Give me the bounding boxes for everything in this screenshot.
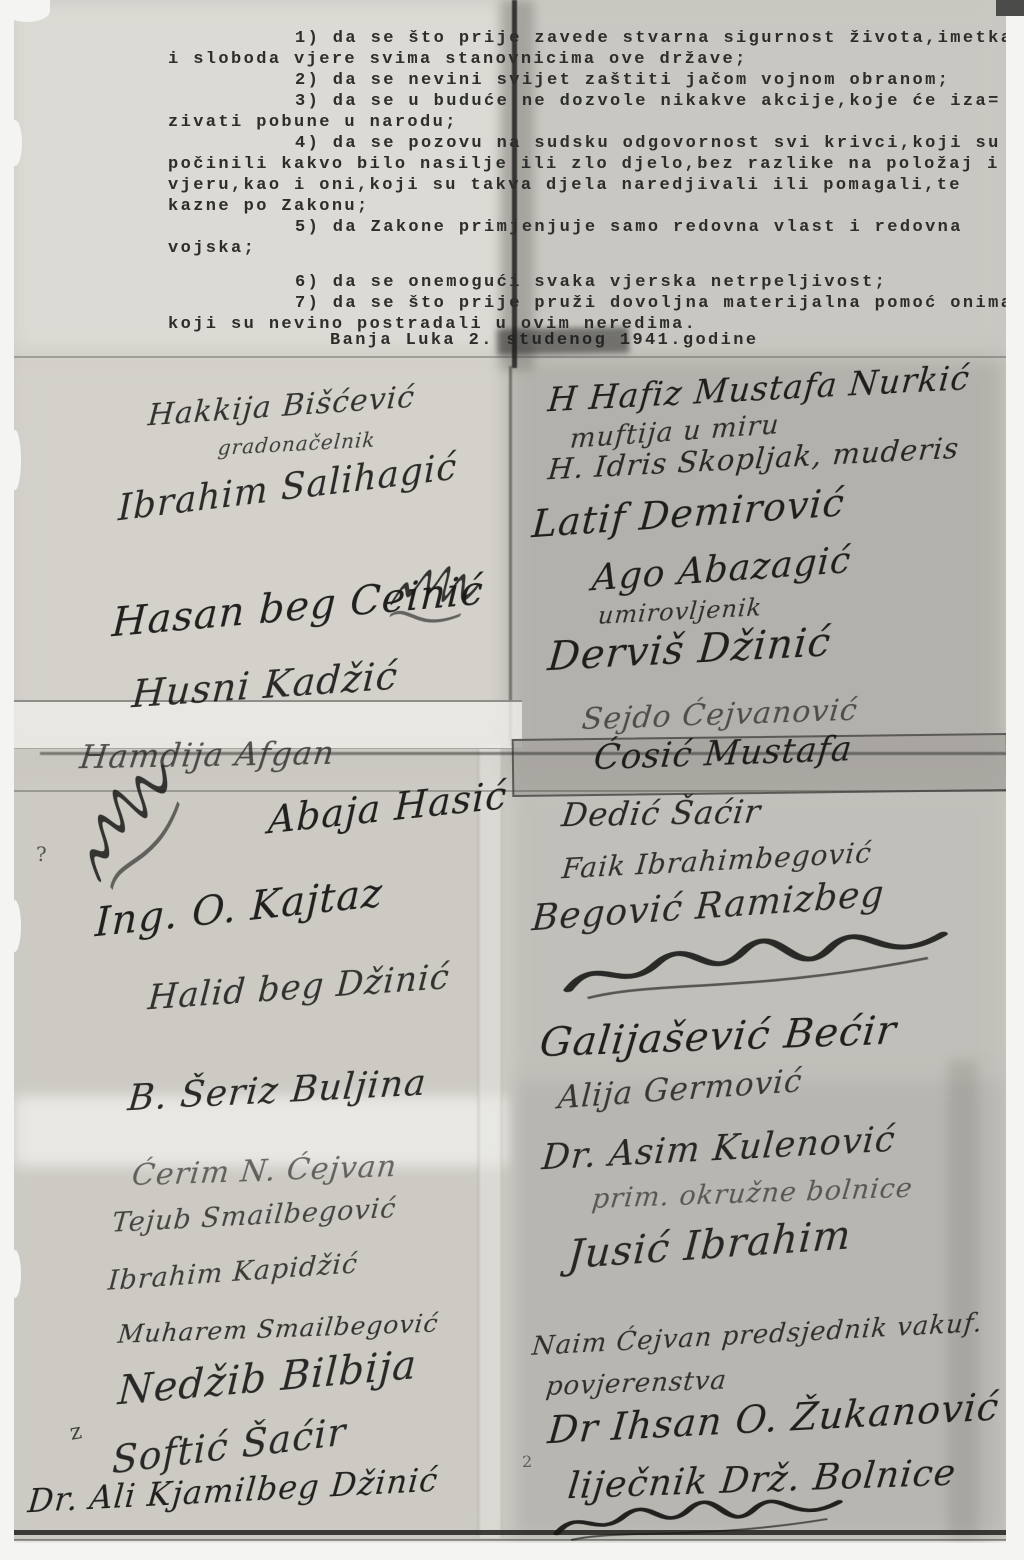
torn-edge [8, 120, 22, 166]
typed-line: vojska; [168, 238, 1013, 259]
torn-edge [8, 900, 21, 952]
tape-strip [512, 733, 1009, 797]
typed-line: 7) da se što prije pruži dovoljna materi… [168, 293, 1013, 314]
typed-line: zivati pobune u narodu; [168, 112, 1013, 133]
fold-crease-line [40, 752, 1006, 755]
vertical-fold-line [509, 366, 512, 746]
photo-margin-bottom [0, 1543, 1024, 1560]
vertical-fold-line [478, 744, 502, 1538]
tape-strip [14, 700, 522, 749]
paper-tone-patch [508, 358, 1004, 786]
photo-corner-notch [996, 0, 1024, 16]
horizontal-crease [14, 1096, 506, 1166]
paper-bottom-edge [14, 1539, 1006, 1541]
paper-tone-patch [508, 1076, 1004, 1538]
torn-edge [4, 0, 50, 22]
typed-line: počinili kakvo bilo nasilje ili zlo djel… [168, 154, 1013, 175]
typed-line: 4) da se pozovu na sudsku odgovornost sv… [168, 133, 1013, 154]
photo-margin-right [1006, 0, 1024, 1560]
typed-line: 5) da Zakone primjenjuje samo redovna vl… [168, 217, 1013, 238]
paper-tone-patch [10, 356, 510, 736]
typed-line: i sloboda vjere svima stanovnicima ove d… [168, 49, 1013, 70]
typed-line: kazne po Zakonu; [168, 196, 1013, 217]
torn-edge [9, 1250, 21, 1298]
fold-crease-line [14, 790, 1006, 792]
vertical-crease [948, 1060, 978, 1538]
typed-line: 3) da se u buduće ne dozvole nikakve akc… [168, 91, 1013, 112]
typed-line: vjeru,kao i oni,koji su takva djela nare… [168, 175, 1013, 196]
paper-bottom-edge [14, 1530, 1006, 1535]
paper-tone-patch [508, 786, 1004, 1076]
photo-margin-left [0, 0, 14, 1560]
typed-line: 2) da se nevini svijet zaštiti jačom voj… [168, 70, 1013, 91]
typed-line: 1) da se što prije zavede stvarna sigurn… [168, 28, 1013, 49]
typed-line: 6) da se onemogući svaka vjerska netrpel… [168, 272, 1013, 293]
ink-smudge [497, 327, 629, 355]
typed-text: 1) da se što prije zavede stvarna sigurn… [168, 28, 1013, 335]
torn-edge [9, 430, 21, 490]
document-photo: 1) da se što prije zavede stvarna sigurn… [0, 0, 1024, 1560]
